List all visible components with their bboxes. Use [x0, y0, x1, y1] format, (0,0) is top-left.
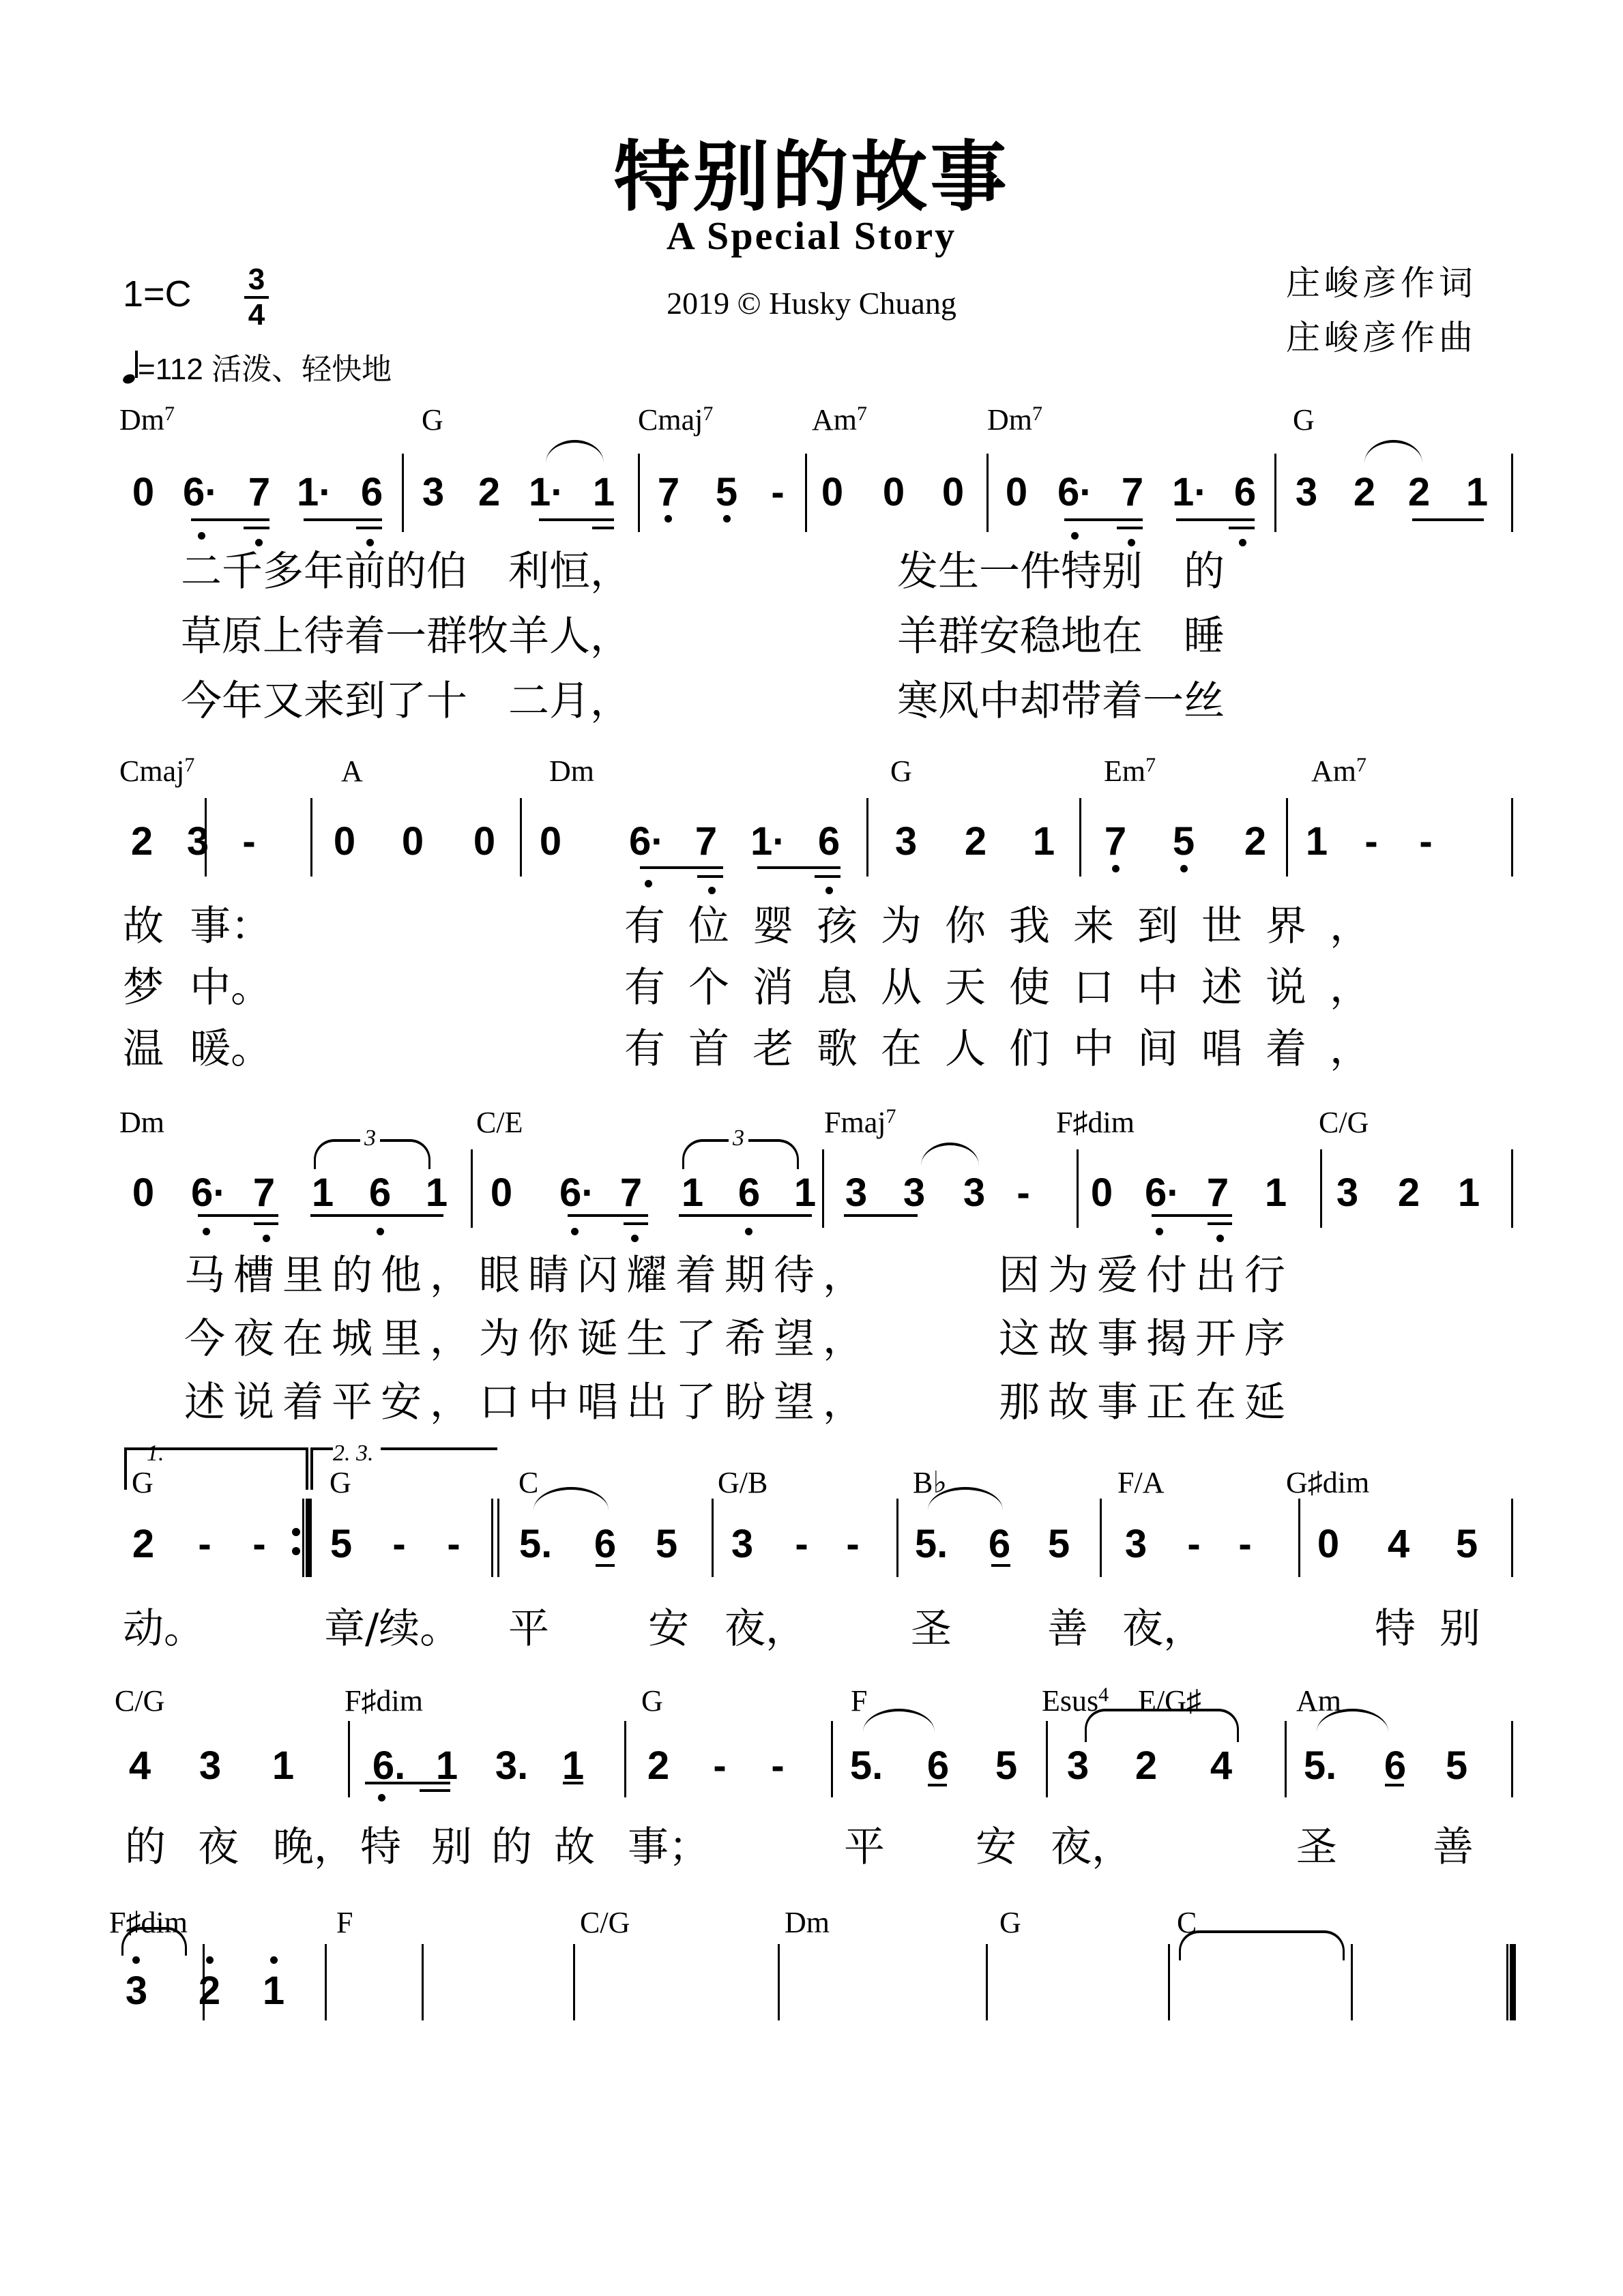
- low-octave-dot: [1180, 865, 1188, 872]
- note: 5.: [914, 1521, 948, 1567]
- lyric: 别: [431, 1814, 472, 1873]
- barline: [986, 1944, 988, 2020]
- beam: [596, 1564, 615, 1567]
- note: 0: [327, 819, 362, 864]
- chord: Am7: [1311, 754, 1366, 789]
- beam: [568, 1214, 648, 1217]
- lyric: 的: [491, 1814, 532, 1873]
- note: 3: [839, 1170, 873, 1216]
- lyric: 特: [360, 1814, 401, 1873]
- low-octave-dot: [1156, 1228, 1163, 1235]
- note: 7: [1201, 1170, 1235, 1216]
- lyric: 晚，: [273, 1814, 355, 1873]
- note: 3: [1061, 1743, 1095, 1789]
- note: 5: [1450, 1521, 1484, 1567]
- barline: [1286, 798, 1288, 877]
- barline: [1511, 1721, 1513, 1797]
- chord: F: [336, 1905, 353, 1940]
- chord: G: [890, 754, 912, 789]
- note: 6: [588, 1521, 622, 1567]
- chord: Cmaj7: [119, 754, 194, 789]
- beam: [624, 1222, 648, 1225]
- note: 0: [126, 469, 160, 515]
- barline: [1285, 1721, 1287, 1797]
- chord: C: [518, 1465, 538, 1500]
- chord: F: [851, 1683, 867, 1718]
- lyric-verse-2-left: 梦 中。: [123, 955, 272, 1014]
- tie: [1179, 1930, 1263, 1960]
- note: 6·: [629, 819, 663, 864]
- note: 6: [355, 469, 389, 515]
- note: 5: [1042, 1521, 1076, 1567]
- barline: [520, 798, 522, 877]
- time-signature: 3 4: [244, 265, 269, 330]
- barline: [1351, 1944, 1353, 2020]
- note: 6·: [1145, 1170, 1179, 1216]
- note: 5: [649, 1521, 684, 1567]
- note: 3: [1119, 1521, 1153, 1567]
- note: 2: [641, 1743, 675, 1789]
- note: 6·: [1057, 469, 1092, 515]
- note: 0: [877, 469, 911, 515]
- note: -: [703, 1743, 737, 1789]
- note: 4: [1381, 1521, 1416, 1567]
- barline: [1511, 798, 1513, 877]
- note: 2: [959, 819, 993, 864]
- note: -: [1354, 819, 1388, 864]
- note: -: [761, 1743, 795, 1789]
- lyric: 圣: [1296, 1814, 1337, 1873]
- note: -: [242, 1521, 276, 1567]
- low-octave-dot: [645, 880, 652, 887]
- note: 1: [788, 1170, 822, 1216]
- note: -: [1177, 1521, 1211, 1567]
- note: 6: [363, 1170, 397, 1216]
- barline: [805, 454, 807, 532]
- beam: [191, 518, 269, 521]
- lyricist: 庄峻彦作词: [1286, 256, 1477, 310]
- beam: [563, 1782, 583, 1784]
- chord: Cmaj7: [638, 402, 713, 437]
- beam: [815, 875, 840, 878]
- chord: C/G: [115, 1683, 164, 1718]
- lyric: 动。: [123, 1596, 205, 1655]
- note: 3: [957, 1170, 991, 1216]
- barline: [1320, 1149, 1322, 1228]
- note: -: [1409, 819, 1443, 864]
- lyric: 夜，: [1122, 1596, 1204, 1655]
- note: -: [232, 819, 266, 864]
- note: 4: [1204, 1743, 1238, 1789]
- chord: Dm: [119, 1105, 164, 1140]
- lyric-line-verse-2: 草原上待着一群牧羊人， 羊群安稳地在 睡: [181, 604, 1225, 662]
- chord: G: [641, 1683, 663, 1718]
- chord: Dm: [549, 754, 594, 789]
- lyric: 别: [1439, 1596, 1480, 1655]
- note: 6·: [183, 469, 217, 515]
- credits: 庄峻彦作词 庄峻彦作曲: [1286, 256, 1477, 365]
- note: -: [1228, 1521, 1262, 1567]
- beam: [1385, 1784, 1404, 1786]
- time-sig-bottom: 4: [248, 298, 265, 332]
- note: 1·: [750, 819, 785, 864]
- beam: [365, 1782, 450, 1784]
- repeat-end-barline: [302, 1499, 312, 1577]
- note: 1: [1460, 469, 1494, 515]
- note: 4: [123, 1743, 157, 1789]
- lyric: 事；: [628, 1814, 710, 1873]
- note: 3.: [495, 1743, 529, 1789]
- chord: G: [1293, 402, 1315, 437]
- barline: [638, 454, 640, 532]
- chord: G: [132, 1465, 153, 1500]
- beam: [928, 1784, 947, 1786]
- note: 1: [420, 1170, 454, 1216]
- low-octave-dot: [378, 1794, 385, 1801]
- note: -: [437, 1521, 471, 1567]
- barline: [986, 454, 989, 532]
- barline: [831, 1721, 833, 1797]
- lyric: 特: [1375, 1596, 1416, 1655]
- note: 3: [889, 819, 923, 864]
- chord: C/G: [1319, 1105, 1369, 1140]
- slur: [1085, 1709, 1239, 1742]
- lyric: 故: [554, 1814, 595, 1873]
- note: 1·: [529, 469, 563, 515]
- note: 3: [1289, 469, 1324, 515]
- lyric: 章/续。: [324, 1596, 460, 1655]
- note: 1·: [297, 469, 331, 515]
- barline: [896, 1499, 898, 1577]
- barline: [822, 1149, 824, 1228]
- barline: [325, 1944, 327, 2020]
- barline: [1077, 1149, 1079, 1228]
- chord: G: [330, 1465, 351, 1500]
- note: 7: [1098, 819, 1132, 864]
- tempo-marking: =112 活泼、轻快地: [123, 344, 392, 388]
- song-title: 特别的故事: [0, 116, 1623, 226]
- note: 1: [306, 1170, 340, 1216]
- chord: G: [422, 402, 443, 437]
- volta-label-2: 2. 3.: [333, 1441, 381, 1467]
- note: 1·: [1172, 469, 1206, 515]
- chord: Dm7: [987, 402, 1042, 437]
- note: 7: [614, 1170, 648, 1216]
- barline: [1046, 1721, 1048, 1797]
- low-octave-dot: [1112, 865, 1120, 872]
- low-octave-dot: [377, 1228, 384, 1235]
- beam: [1176, 518, 1255, 521]
- low-octave-dot: [203, 1228, 210, 1235]
- note: 5: [324, 1521, 358, 1567]
- barline: [348, 1721, 350, 1797]
- barline: [573, 1944, 575, 2020]
- note: 3: [193, 1743, 227, 1789]
- barline: [1274, 454, 1276, 532]
- lyric-verse-1-right: 有位婴孩为你我来到世界，: [624, 894, 1394, 952]
- high-octave-dot: [206, 1956, 214, 1964]
- barline: [1298, 1499, 1300, 1577]
- lyric-line-verse-3: 述说着平安，口中唱出了盼望， 那故事正在延: [184, 1370, 1293, 1428]
- beam: [679, 1214, 812, 1217]
- lyric-line-verse-2: 今夜在城里，为你诞生了希望， 这故事揭开序: [184, 1306, 1293, 1365]
- low-octave-dot: [263, 1235, 270, 1242]
- note: 7: [689, 819, 723, 864]
- note: 2: [1402, 469, 1436, 515]
- note: 5: [1167, 819, 1201, 864]
- note: 5.: [849, 1743, 883, 1789]
- barline: [866, 798, 868, 877]
- beam: [304, 518, 382, 521]
- lyric: 夜，: [1051, 1814, 1132, 1873]
- repeat-dot: [292, 1547, 300, 1555]
- barline: [1511, 1149, 1513, 1228]
- beam: [539, 518, 614, 521]
- note: 1: [266, 1743, 300, 1789]
- note: 0: [815, 469, 849, 515]
- note: 0: [936, 469, 970, 515]
- note: 2: [472, 469, 506, 515]
- note: 6: [732, 1170, 766, 1216]
- barline: [1511, 1499, 1513, 1577]
- lyric-verse-2-right: 有个消息从天使口中述说，: [624, 955, 1394, 1014]
- tempo-text: =112 活泼、轻快地: [138, 353, 392, 386]
- note: 3: [416, 469, 450, 515]
- note: 0: [999, 469, 1034, 515]
- note: 5: [1439, 1743, 1474, 1789]
- low-octave-dot: [1239, 539, 1246, 546]
- beam: [1229, 527, 1255, 529]
- slur: [533, 1487, 609, 1510]
- note: 0: [396, 819, 430, 864]
- low-octave-dot: [745, 1228, 752, 1235]
- lyric: 安: [976, 1814, 1017, 1873]
- note: 1: [1300, 819, 1334, 864]
- chord: G♯dim: [1286, 1465, 1369, 1500]
- lyric: 平: [844, 1814, 885, 1873]
- beam: [844, 1214, 918, 1217]
- barline: [712, 1499, 714, 1577]
- note: 3: [1330, 1170, 1364, 1216]
- beam: [757, 866, 840, 869]
- beam: [697, 875, 723, 878]
- beam: [1152, 1214, 1232, 1217]
- beam: [356, 527, 382, 529]
- lyric-line-verse-3: 今年又来到了十 二月， 寒风中却带着一丝: [181, 668, 1225, 727]
- high-octave-dot: [132, 1956, 140, 1964]
- note: 2: [126, 1521, 160, 1567]
- note: -: [1006, 1170, 1040, 1216]
- barline: [310, 798, 312, 877]
- slur: [863, 1709, 935, 1732]
- chord: Fmaj7: [824, 1105, 896, 1140]
- composer: 庄峻彦作曲: [1286, 310, 1477, 365]
- low-octave-dot: [723, 515, 731, 523]
- note: 0: [1311, 1521, 1345, 1567]
- note: 2: [1129, 1743, 1163, 1789]
- chord: Dm7: [119, 402, 175, 437]
- tie: [1261, 1930, 1345, 1960]
- tie: [1364, 440, 1422, 463]
- note: 1: [1027, 819, 1061, 864]
- lyric: 善: [1047, 1596, 1088, 1655]
- chord: A: [341, 754, 363, 789]
- beam: [1208, 1222, 1232, 1225]
- lyric: 平: [508, 1596, 549, 1655]
- chord: Am7: [812, 402, 867, 437]
- barline: [1079, 798, 1081, 877]
- note: 6·: [559, 1170, 594, 1216]
- note: 5.: [518, 1521, 553, 1567]
- beam: [1412, 518, 1484, 521]
- note: 3: [725, 1521, 759, 1567]
- chord: F/A: [1117, 1465, 1164, 1500]
- lyric-line-verse-1: 马槽里的他，眼睛闪耀着期待， 因为爱付出行: [184, 1243, 1293, 1301]
- lyric: 的: [125, 1814, 166, 1873]
- time-sig-top: 3: [248, 263, 265, 296]
- note: 6·: [191, 1170, 225, 1216]
- beam: [310, 1214, 443, 1217]
- barline: [422, 1944, 424, 2020]
- barline: [471, 1149, 473, 1228]
- note: -: [188, 1521, 222, 1567]
- note: 1: [587, 469, 621, 515]
- high-octave-dot: [270, 1956, 278, 1964]
- low-octave-dot: [631, 1235, 639, 1242]
- beam: [244, 527, 269, 529]
- chord: C/E: [476, 1105, 523, 1140]
- barline: [624, 1721, 626, 1797]
- note: 5.: [1303, 1743, 1337, 1789]
- note: 2: [1238, 819, 1272, 864]
- note: 2: [1347, 469, 1381, 515]
- lyric: 安: [648, 1596, 689, 1655]
- note: 7: [247, 1170, 281, 1216]
- note: 6: [812, 819, 846, 864]
- barline: [778, 1944, 780, 2020]
- slur: [121, 1927, 187, 1956]
- lyric: 夜: [198, 1814, 239, 1873]
- note: 6: [1378, 1743, 1412, 1789]
- note: 3: [897, 1170, 931, 1216]
- quarter-note-icon: [123, 351, 138, 383]
- chord: Dm: [785, 1905, 830, 1940]
- chord: G: [999, 1905, 1021, 1940]
- beam: [1064, 518, 1143, 521]
- note: 3: [123, 1968, 150, 2014]
- note: 1: [1452, 1170, 1486, 1216]
- chord: Em7: [1104, 754, 1156, 789]
- note: -: [836, 1521, 870, 1567]
- triplet-label: 3: [729, 1125, 748, 1151]
- triplet-label: 3: [360, 1125, 380, 1151]
- low-octave-dot: [664, 515, 672, 523]
- beam: [420, 1789, 450, 1792]
- beam: [640, 866, 723, 869]
- beam: [254, 1222, 278, 1225]
- chord: F♯dim: [345, 1683, 423, 1718]
- note: -: [785, 1521, 819, 1567]
- note: 0: [1085, 1170, 1119, 1216]
- note: 2: [192, 1968, 226, 2014]
- key-signature: 1=C: [123, 273, 192, 315]
- note: 7: [1115, 469, 1150, 515]
- chord: F♯dim: [1056, 1105, 1135, 1140]
- lyric: 圣: [911, 1596, 952, 1655]
- note: 7: [652, 469, 686, 515]
- chord: G/B: [718, 1465, 767, 1500]
- lyric: 善: [1433, 1814, 1474, 1873]
- repeat-dot: [292, 1528, 300, 1536]
- beam: [1117, 527, 1143, 529]
- lyric-verse-3-left: 温 暖。: [123, 1016, 272, 1075]
- note: 2: [125, 819, 159, 864]
- double-barline: [491, 1499, 499, 1577]
- tie: [921, 1143, 979, 1166]
- song-subtitle: A Special Story: [0, 213, 1623, 259]
- note: -: [761, 469, 795, 515]
- note: 1: [257, 1968, 291, 2014]
- note: 3: [181, 819, 215, 864]
- note: 0: [484, 1170, 518, 1216]
- volta-label-1: 1.: [147, 1441, 164, 1467]
- barline: [1168, 1944, 1170, 2020]
- lyric: 夜，: [725, 1596, 806, 1655]
- note: 1: [1259, 1170, 1293, 1216]
- beam: [592, 527, 614, 529]
- chord: C/G: [580, 1905, 630, 1940]
- note: 1: [675, 1170, 710, 1216]
- note: 0: [126, 1170, 160, 1216]
- note: 6: [982, 1521, 1017, 1567]
- lyric-verse-3-right: 有首老歌在人们中间唱着，: [624, 1016, 1394, 1075]
- beam: [991, 1564, 1010, 1567]
- barline: [1511, 454, 1513, 532]
- low-octave-dot: [1216, 1235, 1224, 1242]
- note: 6: [1228, 469, 1262, 515]
- low-octave-dot: [571, 1228, 579, 1235]
- tie: [546, 440, 604, 463]
- barline: [1100, 1499, 1102, 1577]
- lyric-verse-1-left: 故 事：: [123, 894, 272, 952]
- note: -: [382, 1521, 416, 1567]
- note: 5: [989, 1743, 1023, 1789]
- lyric-line-verse-1: 二千多年前的伯 利恒， 发生一件特别 的: [181, 539, 1225, 598]
- note: 6: [921, 1743, 955, 1789]
- barline: [402, 454, 404, 532]
- note: 0: [467, 819, 501, 864]
- note: 0: [533, 819, 568, 864]
- note: 2: [1392, 1170, 1426, 1216]
- beam: [198, 1214, 278, 1217]
- note: 7: [242, 469, 276, 515]
- note: 5: [710, 469, 744, 515]
- final-barline: [1506, 1944, 1516, 2020]
